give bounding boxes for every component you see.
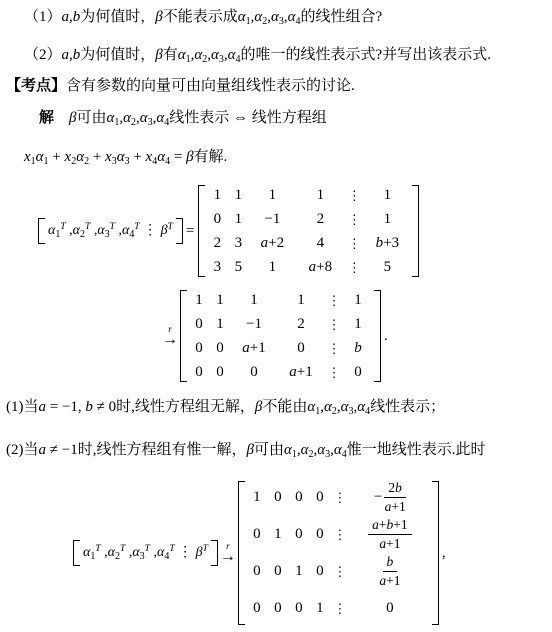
matrix-cell: 0 (386, 601, 394, 616)
text-segment: α1,α2,α3,α4 (107, 110, 170, 126)
equals-sign: = (186, 223, 194, 240)
row-operation-arrow: r → (220, 542, 236, 565)
matrix-cell: 2 (317, 212, 325, 227)
matrix-cell: 0 (316, 527, 324, 542)
matrix-cell: 1 (216, 293, 224, 308)
matrix-cell: a+b+1a+1 (368, 517, 412, 551)
text-segment: β (155, 9, 162, 25)
row-reduced-matrix-equation: r → 1111⋮101−12⋮100a+10⋮b000a+1⋮0 . (160, 287, 388, 385)
matrix-cell: 0 (274, 601, 282, 616)
matrix-3-grid: 1000⋮−2ba+10100⋮a+b+1a+10010⋮ba+10001⋮0 (250, 479, 427, 627)
matrix-cell: 1 (354, 293, 362, 308)
question-1: （1）a,b为何值时，β不能表示成α1,α2,α3,α4的线性组合? (24, 8, 382, 27)
left-bracket (238, 481, 245, 625)
matrix-cell: ⋮ (333, 528, 346, 541)
augmented-vector-label: α1T ,α2T ,α3T ,α4T ⋮ βT (38, 218, 183, 244)
text-segment: x1α1 + x2α2 + x3α3 + x4α4 = β (24, 149, 194, 165)
text-segment: β (246, 442, 253, 458)
text-segment: α1,α2,α3,α4 (238, 9, 301, 25)
text-segment: (1)当 (6, 399, 39, 415)
matrix-cell: 5 (384, 260, 392, 275)
text-segment: 可由 (77, 110, 107, 126)
case-2-line: (2)当a ≠ −1时,线性方程组有惟一解，β可由α1,α2,α3,α4惟一地线… (6, 441, 485, 460)
left-bracket (73, 540, 80, 566)
matrix-cell: 0 (195, 365, 203, 380)
matrix-cell: 1 (216, 317, 224, 332)
matrix-cell: 0 (316, 564, 324, 579)
matrix-cell: 1 (297, 293, 305, 308)
text-segment: 解 (39, 110, 54, 126)
arrow-icon: → (220, 549, 236, 565)
text-segment: （1） (24, 9, 62, 25)
matrix-cell: 2 (214, 236, 222, 251)
matrix-cell: ⋮ (328, 294, 341, 307)
key-point-line: 【考点】含有参数的向量可由向量组线性表示的讨论. (6, 77, 355, 96)
matrix-cell: ⋮ (328, 342, 341, 355)
matrix-cell: 0 (316, 490, 324, 505)
document-page: （1）a,b为何值时，β不能表示成α1,α2,α3,α4的线性组合? （2）a,… (0, 0, 552, 632)
text-segment: 线性表示； (370, 399, 445, 415)
text-segment: a ≠ −1 (39, 442, 78, 458)
final-reduced-matrix-equation: α1T ,α2T ,α3T ,α4T ⋮ βT r → 1000⋮−2ba+10… (73, 478, 446, 628)
right-bracket (412, 185, 419, 277)
augmented-vector-content: α1T ,α2T ,α3T ,α4T ⋮ βT (48, 222, 173, 240)
text-segment: 惟一地线性表示.此时 (347, 442, 486, 458)
text-segment: α1,α2,α3,α4 (284, 442, 347, 458)
matrix-cell: 0 (295, 527, 303, 542)
matrix-cell: b+3 (376, 236, 399, 251)
matrix-cell: ba+1 (379, 554, 400, 588)
matrix-cell: ⋮ (348, 213, 361, 226)
linear-equation-line: x1α1 + x2α2 + x3α3 + x4α4 = β有解. (24, 148, 227, 167)
matrix-cell: ⋮ (348, 189, 361, 202)
right-bracket (176, 218, 183, 244)
matrix-cell: 0 (250, 365, 258, 380)
matrix-cell: 0 (195, 317, 203, 332)
matrix-cell: 2 (297, 317, 305, 332)
augmented-vector-content: α1T ,α2T ,α3T ,α4T ⋮ βT (83, 544, 208, 562)
matrix-cell: −1 (246, 317, 262, 332)
matrix-cell: 0 (297, 341, 305, 356)
text-segment (54, 110, 69, 126)
matrix-cell: 0 (354, 365, 362, 380)
text-segment: 线性表示 ⇔ 线性方程组 (169, 110, 327, 126)
text-segment: 有解. (194, 149, 228, 165)
text-segment: a = −1, b ≠ 0 (39, 399, 117, 415)
text-segment: 有 (163, 47, 178, 63)
matrix-cell: a+2 (261, 236, 284, 251)
right-bracket (374, 290, 381, 382)
matrix-cell: ⋮ (328, 318, 341, 331)
matrix-3: 1000⋮−2ba+10100⋮a+b+1a+10010⋮ba+10001⋮0 (238, 479, 439, 627)
augmented-matrix-equation: α1T ,α2T ,α3T ,α4T ⋮ βT = 1111⋮101−12⋮12… (38, 182, 419, 280)
text-segment: 为何值时， (80, 47, 155, 63)
matrix-1-grid: 1111⋮101−12⋮123a+24⋮b+3351a+8⋮5 (210, 183, 407, 279)
right-bracket (432, 481, 439, 625)
left-bracket (180, 290, 187, 382)
matrix-cell: 1 (384, 188, 392, 203)
matrix-1: 1111⋮101−12⋮123a+24⋮b+3351a+8⋮5 (198, 183, 419, 279)
augmented-vector-label: α1T ,α2T ,α3T ,α4T ⋮ βT (73, 540, 218, 566)
matrix-cell: 1 (317, 188, 325, 203)
matrix-cell: 1 (316, 601, 324, 616)
matrix-cell: 5 (235, 260, 243, 275)
left-bracket (38, 218, 45, 244)
matrix-cell: 0 (216, 341, 224, 356)
matrix-cell: 0 (295, 601, 303, 616)
matrix-cell: 0 (274, 490, 282, 505)
matrix-cell: 0 (195, 341, 203, 356)
matrix-cell: 1 (214, 188, 222, 203)
text-segment: 的唯一的线性表示式?并写出该表示式. (241, 47, 491, 63)
comma-mark: , (442, 545, 446, 562)
matrix-cell: a+8 (309, 260, 332, 275)
matrix-cell: ⋮ (348, 237, 361, 250)
matrix-cell: ⋮ (348, 261, 361, 274)
matrix-cell: −2ba+1 (374, 480, 406, 514)
matrix-cell: 1 (269, 260, 277, 275)
text-segment: a,b (62, 9, 81, 25)
matrix-cell: 1 (295, 564, 303, 579)
matrix-cell: −1 (264, 212, 280, 227)
matrix-cell: 1 (354, 317, 362, 332)
text-segment: 【考点】 (6, 78, 66, 94)
solution-line: 解 β可由α1,α2,α3,α4线性表示 ⇔ 线性方程组 (39, 109, 327, 128)
arrow-icon: → (162, 332, 178, 348)
right-bracket (211, 540, 218, 566)
text-segment: 时,线性方程组有惟一解， (78, 442, 247, 458)
matrix-cell: a+1 (242, 341, 265, 356)
matrix-cell: 1 (235, 188, 243, 203)
text-segment: 的线性组合? (301, 9, 383, 25)
question-2: （2）a,b为何值时，β有α1,α2,α3,α4的唯一的线性表示式?并写出该表示… (24, 46, 491, 65)
matrix-cell: ⋮ (333, 491, 346, 504)
matrix-cell: 0 (253, 601, 261, 616)
matrix-2-grid: 1111⋮101−12⋮100a+10⋮b000a+1⋮0 (192, 288, 369, 384)
matrix-cell: 1 (195, 293, 203, 308)
matrix-cell: ⋮ (328, 366, 341, 379)
text-segment: 可由 (254, 442, 284, 458)
matrix-cell: 0 (253, 564, 261, 579)
text-segment: (2)当 (6, 442, 39, 458)
matrix-cell: a+1 (289, 365, 312, 380)
text-segment: （2） (24, 47, 62, 63)
case-1-line: (1)当a = −1, b ≠ 0时,线性方程组无解，β不能由α1,α2,α3,… (6, 398, 445, 417)
text-segment: 为何值时， (80, 9, 155, 25)
matrix-cell: 1 (250, 293, 258, 308)
matrix-cell: ⋮ (333, 602, 346, 615)
matrix-2: 1111⋮101−12⋮100a+10⋮b000a+1⋮0 (180, 288, 381, 384)
matrix-cell: 4 (317, 236, 325, 251)
matrix-cell: 0 (253, 527, 261, 542)
text-segment: 时,线性方程组无解， (116, 399, 255, 415)
text-segment: 不能由 (262, 399, 307, 415)
matrix-cell: ⋮ (333, 565, 346, 578)
text-segment: a,b (62, 47, 81, 63)
matrix-cell: 3 (214, 260, 222, 275)
period-mark: . (384, 328, 388, 345)
matrix-cell: 1 (253, 490, 261, 505)
matrix-cell: 0 (274, 564, 282, 579)
matrix-cell: 0 (214, 212, 222, 227)
matrix-cell: 0 (216, 365, 224, 380)
matrix-cell: 1 (235, 212, 243, 227)
text-segment: 含有参数的向量可由向量组线性表示的讨论. (66, 78, 355, 94)
matrix-cell: 1 (274, 527, 282, 542)
text-segment: β (69, 110, 76, 126)
text-segment: α1,α2,α3,α4 (307, 399, 370, 415)
matrix-cell: 0 (295, 490, 303, 505)
matrix-cell: 3 (235, 236, 243, 251)
matrix-cell: b (354, 341, 362, 356)
text-segment: β (155, 47, 162, 63)
matrix-cell: 1 (269, 188, 277, 203)
text-segment: α1,α2,α3,α4 (178, 47, 241, 63)
row-operation-arrow: r → (162, 325, 178, 348)
left-bracket (198, 185, 205, 277)
text-segment: 不能表示成 (163, 9, 238, 25)
matrix-cell: 1 (384, 212, 392, 227)
